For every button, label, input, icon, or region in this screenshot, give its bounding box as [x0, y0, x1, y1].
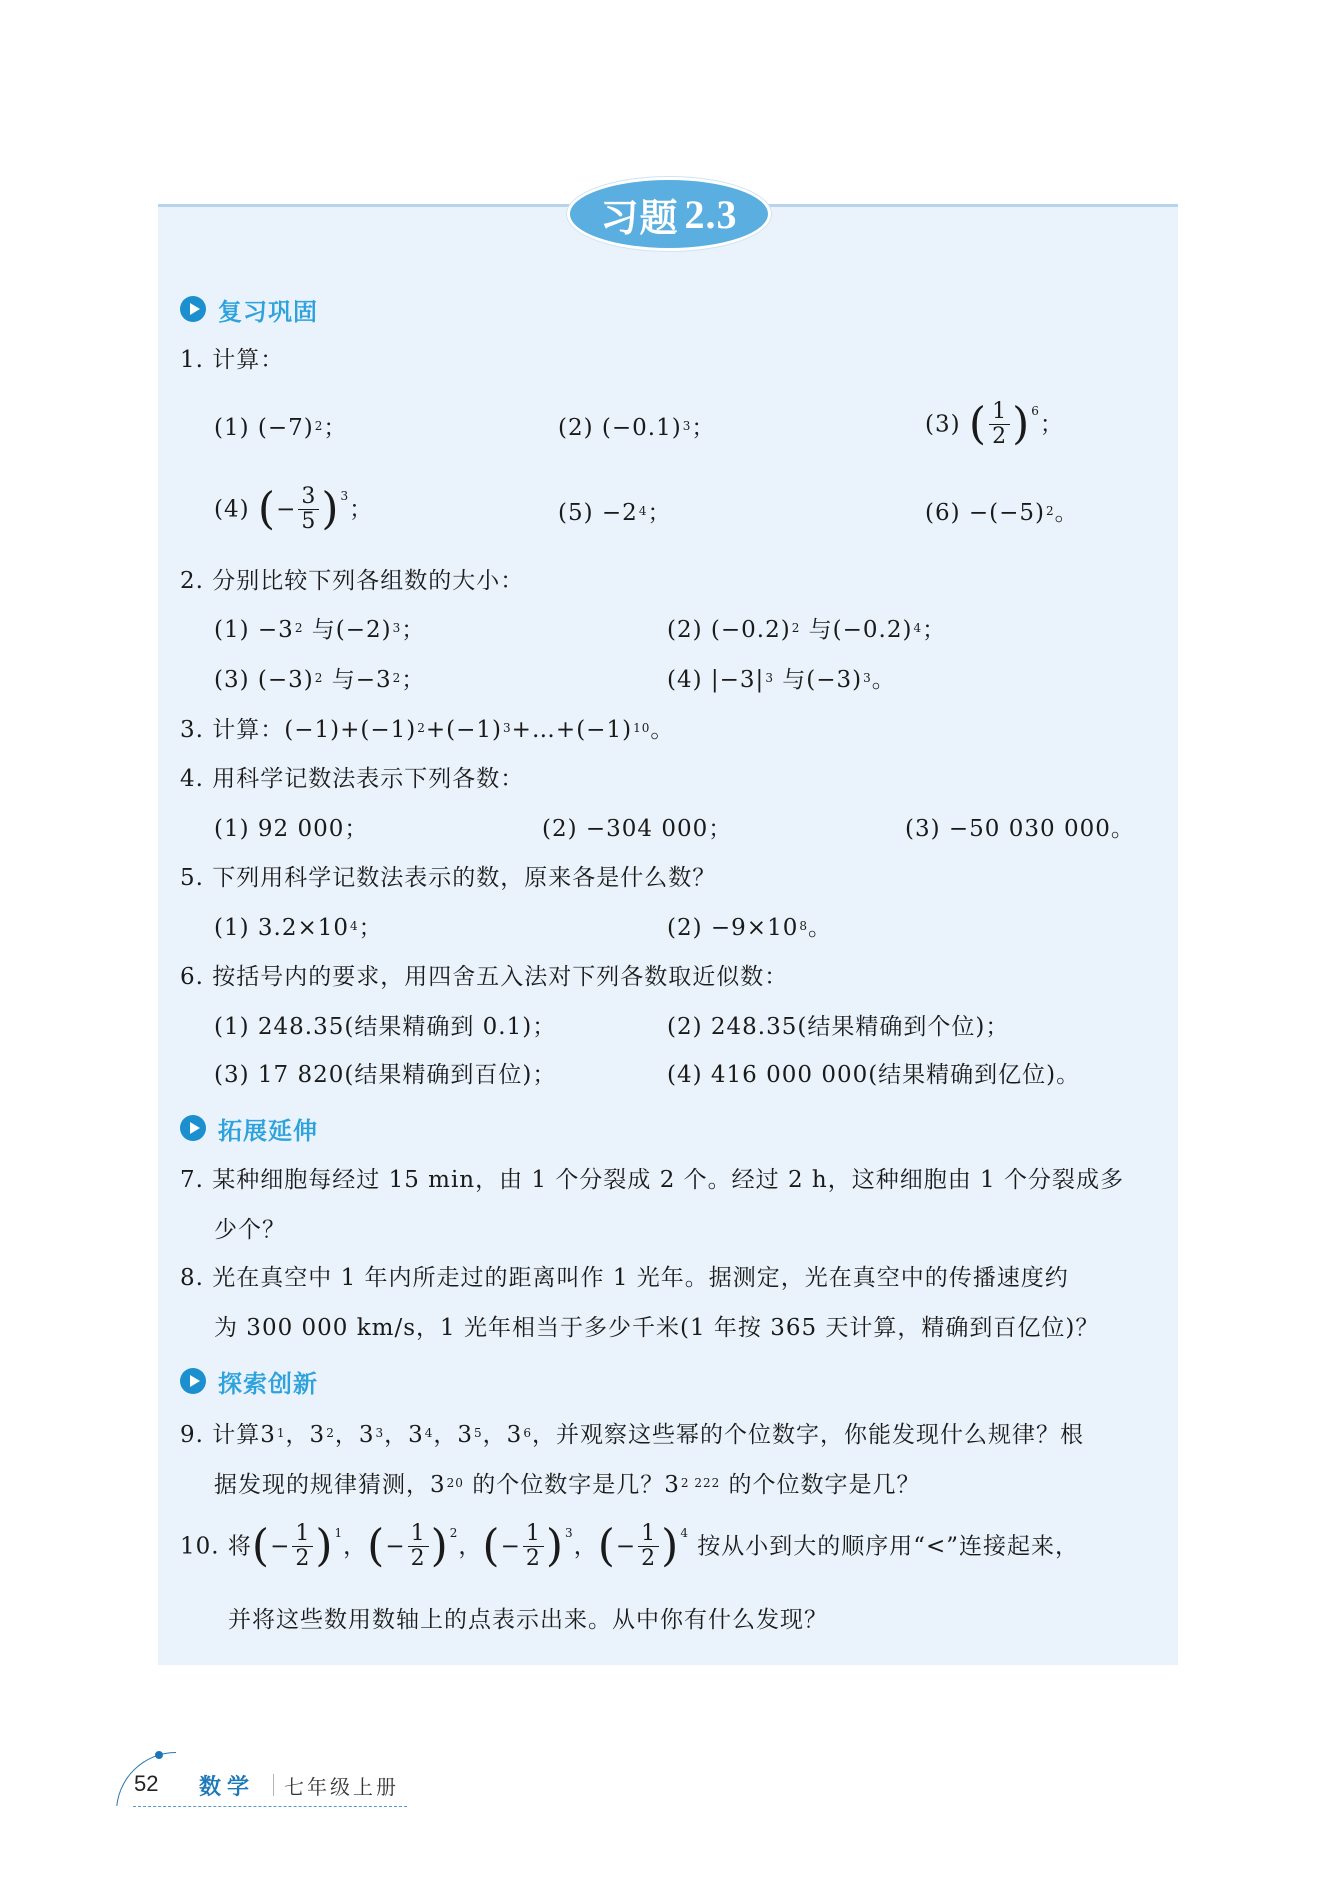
q4-item-3: (3) −50 030 000。	[905, 814, 1135, 844]
q1-item-5: (5) −24；	[558, 498, 671, 528]
title-prefix: 习题	[600, 187, 678, 242]
footer-grade: 七年级上册	[284, 1771, 399, 1800]
question-7-line-2: 少个？	[214, 1215, 286, 1245]
q2-item-3: (3) (−3)2 与−32；	[214, 665, 425, 695]
footer-subject: 数学	[199, 1770, 255, 1801]
question-2-stem: 2. 分别比较下列各组数的大小：	[180, 566, 524, 596]
footer-dot-decoration	[155, 1751, 163, 1759]
page-number: 52	[134, 1771, 158, 1797]
question-9-line-1: 9. 计算31，32，33，34，35，36，并观察这些幂的个位数字，你能发现什…	[180, 1420, 1084, 1450]
question-4-stem: 4. 用科学记数法表示下列各数：	[180, 764, 524, 794]
question-10-line-2: 并将这些数用数轴上的点表示出来。从中你有什么发现？	[228, 1605, 828, 1635]
q1-item-1: (1) (−7)2；	[214, 413, 347, 443]
section-header-review: 复习巩固	[180, 294, 318, 324]
question-9-line-2: 据发现的规律猜测，320 的个位数字是几？32 222 的个位数字是几？	[214, 1470, 921, 1500]
footer-dashed-line	[133, 1806, 407, 1807]
play-circle-icon	[180, 1115, 206, 1141]
footer-divider	[273, 1774, 274, 1796]
q1-item-4: (4) (−35)3；	[214, 485, 373, 534]
question-5-stem: 5. 下列用科学记数法表示的数，原来各是什么数？	[180, 863, 716, 893]
question-6-stem: 6. 按括号内的要求，用四舍五入法对下列各数取近似数：	[180, 962, 788, 992]
q5-item-1: (1) 3.2×104；	[214, 913, 383, 943]
play-circle-icon	[180, 296, 206, 322]
section-label: 复习巩固	[218, 292, 318, 327]
q2-item-4: (4) |−3|3 与(−3)3。	[667, 665, 896, 695]
question-8-line-2: 为 300 000 km/s，1 光年相当于多少千米(1 年按 365 天计算，…	[214, 1313, 1099, 1343]
q2-item-2: (2) (−0.2)2 与(−0.2)4；	[667, 615, 946, 645]
question-8-line-1: 8. 光在真空中 1 年内所走过的距离叫作 1 光年。据测定，光在真空中的传播速…	[180, 1263, 1069, 1293]
section-label: 探索创新	[218, 1364, 318, 1399]
q4-item-2: (2) −304 000；	[542, 814, 732, 844]
q5-item-2: (2) −9×108。	[667, 913, 832, 943]
q1-item-2: (2) (−0.1)3；	[558, 413, 715, 443]
play-circle-icon	[180, 1368, 206, 1394]
q6-item-2: (2) 248.35(结果精确到个位)；	[667, 1012, 1009, 1042]
title-number: 2.3	[685, 191, 738, 238]
q2-item-1: (1) −32 与(−2)3；	[214, 615, 425, 645]
question-7-line-1: 7. 某种细胞每经过 15 min，由 1 个分裂成 2 个。经过 2 h，这种…	[180, 1165, 1124, 1195]
section-header-exploration: 探索创新	[180, 1366, 318, 1396]
q6-item-4: (4) 416 000 000(结果精确到亿位)。	[667, 1060, 1080, 1090]
q6-item-3: (3) 17 820(结果精确到百位)；	[214, 1060, 556, 1090]
question-3: 3. 计算：(−1)+(−1)2+(−1)3+…+(−1)10。	[180, 715, 674, 745]
section-label: 拓展延伸	[218, 1111, 318, 1146]
q1-item-3: (3) (12)6；	[925, 400, 1064, 449]
section-header-extension: 拓展延伸	[180, 1113, 318, 1143]
q6-item-1: (1) 248.35(结果精确到 0.1)；	[214, 1012, 556, 1042]
q1-item-6: (6) −(−5)2。	[925, 498, 1079, 528]
exercise-title-badge: 习题 2.3	[567, 177, 771, 251]
question-1-stem: 1. 计算：	[180, 345, 284, 375]
q4-item-1: (1) 92 000；	[214, 814, 368, 844]
question-10-line-1: 10. 将(−12)1，(−12)2，(−12)3，(−12)4 按从小到大的顺…	[180, 1522, 1079, 1571]
